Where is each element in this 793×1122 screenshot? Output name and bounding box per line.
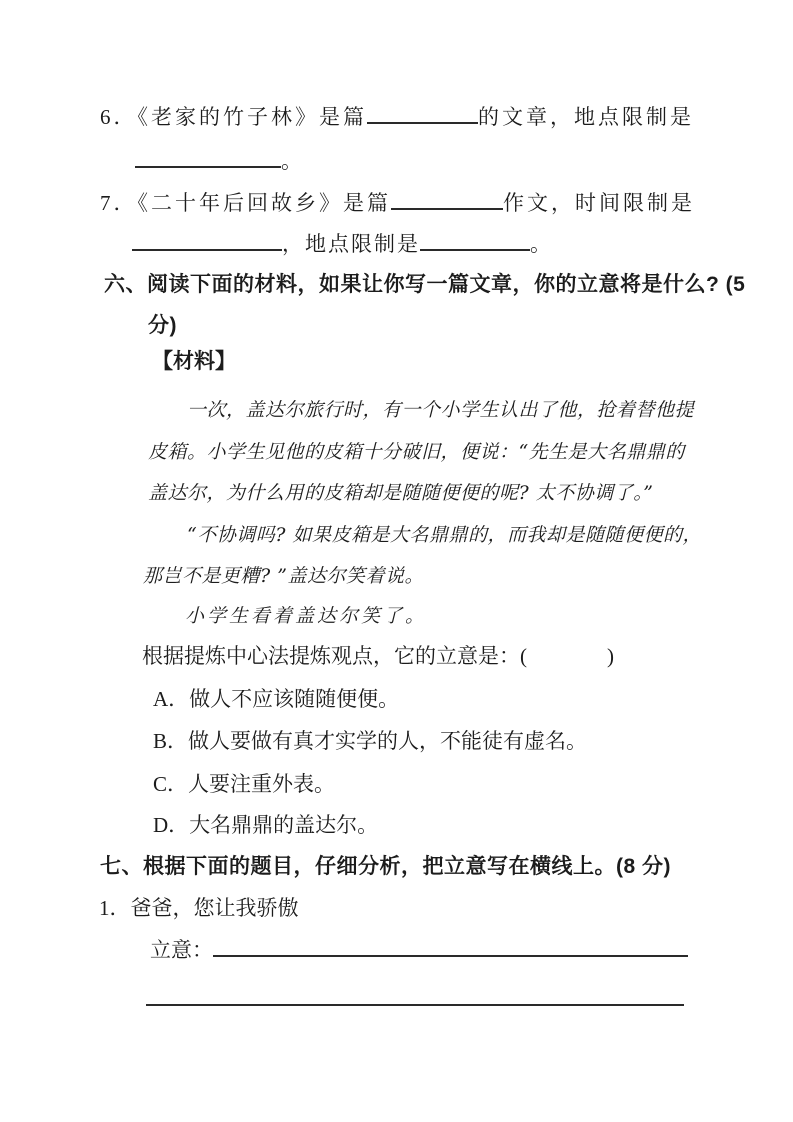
option-c: C．人要注重外表。 [153, 771, 335, 797]
question-7-text-mid: ，地点限制是 [282, 232, 420, 256]
mc-prompt-close-paren: ) [607, 644, 614, 668]
option-b-label: B． [153, 729, 188, 753]
option-b-text: 做人要做有真才实学的人，不能徒有虚名。 [188, 729, 587, 753]
question-6-number: 6． [100, 105, 138, 129]
question-7-number: 7． [100, 191, 138, 215]
material-line-text: 盖达尔，为什么用的皮箱却是随随便便的呢? 太不协调了。” [148, 482, 653, 504]
fill-blank-liyi-2 [146, 987, 684, 1006]
mc-prompt: 根据提炼中心法提炼观点，它的立意是：() [142, 643, 614, 669]
material-label: 【材料】 [152, 349, 236, 375]
fill-blank-q6-genre [367, 105, 478, 124]
question-1-number: 1． [99, 896, 131, 920]
material-paragraph-line: 盖达尔，为什么用的皮箱却是随随便便的呢? 太不协调了。” [148, 480, 653, 506]
fill-blank-q6-place [135, 149, 281, 168]
question-7-text-post: 作文，时间限制是 [503, 191, 695, 215]
mc-prompt-text: 根据提炼中心法提炼观点，它的立意是：( [142, 644, 527, 668]
worksheet-page: 6．《老家的竹子林》是篇的文章，地点限制是 。 7．《二十年后回故乡》是篇作文，… [0, 0, 793, 1122]
material-paragraph-line: “不协调吗? 如果皮箱是大名鼎鼎的，而我却是随随便便的， [187, 522, 702, 548]
question-6-period: 。 [281, 149, 302, 173]
material-line-text: “不协调吗? 如果皮箱是大名鼎鼎的，而我却是随随便便的， [187, 524, 702, 546]
question-1-title: 1．爸爸，您让我骄傲 [99, 895, 299, 921]
option-b: B．做人要做有真才实学的人，不能徒有虚名。 [153, 728, 587, 754]
material-paragraph-line: 皮箱。小学生见他的皮箱十分破旧，便说：“先生是大名鼎鼎的 [148, 439, 685, 465]
option-a-label: A． [153, 687, 189, 711]
question-7-text-pre: 《二十年后回故乡》是篇 [138, 191, 392, 215]
question-7-period: 。 [530, 232, 553, 256]
fill-blank-q7-time [132, 232, 282, 251]
material-line-text: 皮箱。小学生见他的皮箱十分破旧，便说：“先生是大名鼎鼎的 [148, 441, 685, 463]
material-paragraph-line: 那岂不是更糟? ”盖达尔笑着说。 [143, 563, 424, 589]
question-7-line-2: ，地点限制是。 [132, 231, 553, 257]
material-paragraph-line: 小学生看着盖达尔笑了。 [185, 603, 427, 629]
option-d-label: D． [153, 813, 189, 837]
question-6-text-post: 的文章，地点限制是 [478, 105, 694, 129]
question-6-line-2: 。 [135, 148, 302, 174]
fill-blank-q7-place [420, 232, 530, 251]
fill-blank-q7-genre [391, 191, 503, 210]
material-line-text: 那岂不是更糟? ”盖达尔笑着说。 [143, 565, 424, 587]
liyi-answer-line-1: 立意： [150, 937, 688, 963]
material-paragraph-line: 一次，盖达尔旅行时，有一个小学生认出了他，抢着替他提 [187, 397, 694, 423]
option-c-text: 人要注重外表。 [188, 772, 335, 796]
fill-blank-liyi-1 [213, 938, 688, 957]
question-1-title-text: 爸爸，您让我骄傲 [131, 896, 299, 920]
liyi-answer-line-2 [146, 986, 684, 1012]
liyi-label: 立意： [150, 938, 213, 962]
section-6-heading-line-1: 六、阅读下面的材料，如果让你写一篇文章，你的立意将是什么? (5 [104, 272, 745, 298]
option-c-label: C． [153, 772, 188, 796]
section-6-heading-wrap: 分) [148, 314, 177, 337]
question-6-line-1: 6．《老家的竹子林》是篇的文章，地点限制是 [100, 104, 694, 130]
section-6-heading-line-2: 分) [148, 313, 177, 339]
section-7-heading: 七、根据下面的题目，仔细分析，把立意写在横线上。(8 分) [100, 854, 671, 880]
option-a-text: 做人不应该随随便便。 [189, 687, 399, 711]
material-label-text: 【材料】 [152, 350, 236, 373]
section-6-heading-text: 六、阅读下面的材料，如果让你写一篇文章，你的立意将是什么? (5 [104, 273, 745, 296]
option-d-text: 大名鼎鼎的盖达尔。 [189, 813, 378, 837]
question-6-text-pre: 《老家的竹子林》是篇 [138, 105, 368, 129]
option-a: A．做人不应该随随便便。 [153, 686, 399, 712]
option-d: D．大名鼎鼎的盖达尔。 [153, 812, 378, 838]
section-7-heading-text: 七、根据下面的题目，仔细分析，把立意写在横线上。(8 分) [100, 855, 671, 878]
material-line-text: 一次，盖达尔旅行时，有一个小学生认出了他，抢着替他提 [187, 399, 694, 421]
material-line-text: 小学生看着盖达尔笑了。 [185, 605, 427, 627]
question-7-line-1: 7．《二十年后回故乡》是篇作文，时间限制是 [100, 190, 695, 216]
